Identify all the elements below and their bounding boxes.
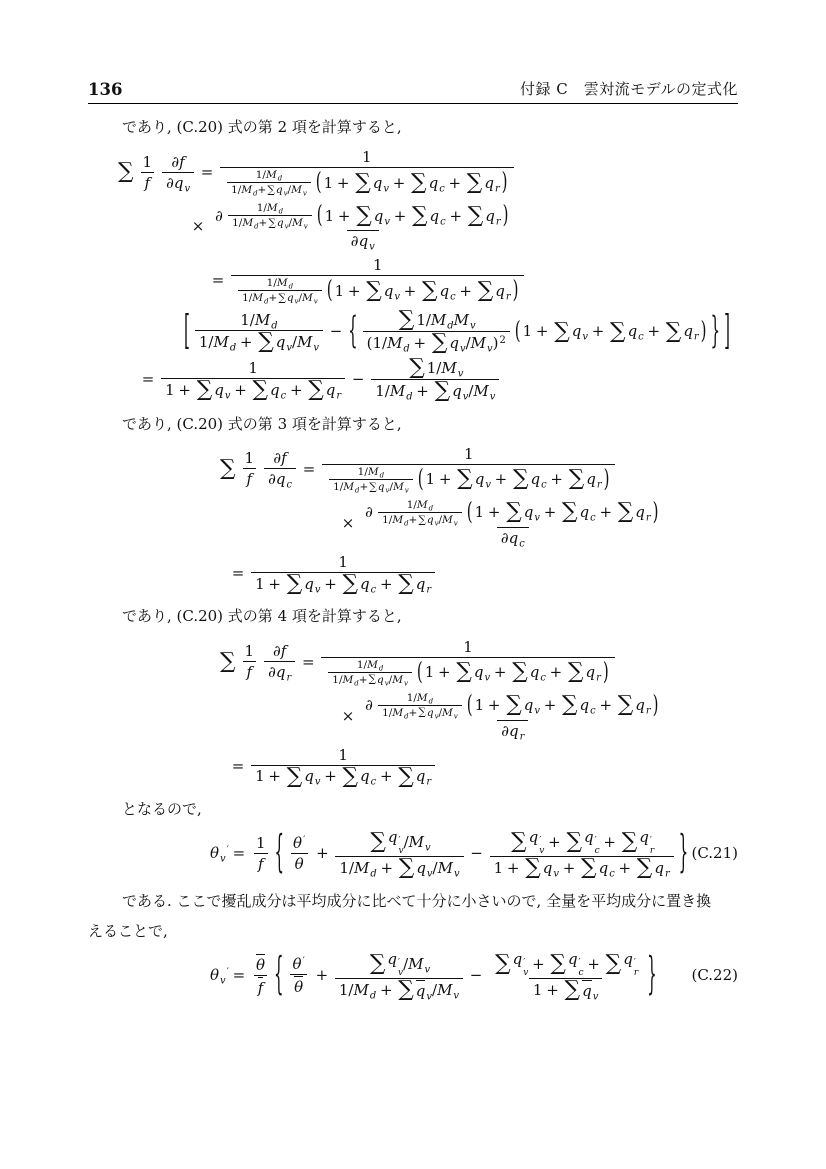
paragraph-term2: であり, (C.20) 式の第 2 項を計算すると,	[88, 114, 738, 140]
page-header: 136 付録 C 雲対流モデルの定式化	[88, 78, 738, 104]
equation-line: ∑1f∂f∂qr=11/Md1/Md+∑qv/Mv(1+∑qv+∑qc+∑qr)	[218, 638, 738, 686]
equation-line: =11+∑qv+∑qc+∑qr	[228, 746, 738, 787]
equation-c20-term3: ∑1f∂f∂qc=11/Md1/Md+∑qv/Mv(1+∑qv+∑qc+∑qr)…	[88, 445, 738, 594]
equation-c22: θv′=θf{θ′θ+∑q′v/Mv1/Md+∑qv/Mv−∑q′v+∑q′c+…	[210, 950, 738, 1000]
equation-line: =11+∑qv+∑qc+∑qr−∑1/Mv1/Md+∑qv/Mv	[138, 358, 738, 400]
paragraph-dearu-line2: えることで,	[88, 918, 738, 944]
equation-line: ×∂1/Md1/Md+∑qv/Mv(1+∑qv+∑qc+∑qr)∂qv	[188, 202, 738, 250]
equation-line: =11/Md1/Md+∑qv/Mv(1+∑qv+∑qc+∑qr)	[208, 256, 738, 304]
equation-line: θv′=1f{θ′θ+∑q′v/Mv1/Md+∑qv/Mv−∑q′v+∑q′c+…	[210, 828, 690, 877]
equation-line: ×∂1/Md1/Md+∑qv/Mv(1+∑qv+∑qc+∑qr)∂qc	[338, 499, 738, 547]
equation-line: ×∂1/Md1/Md+∑qv/Mv(1+∑qv+∑qc+∑qr)∂qr	[338, 692, 738, 740]
equation-line: ∑1f∂f∂qv=11/Md1/Md+∑qv/Mv(1+∑qv+∑qc+∑qr)	[116, 148, 738, 196]
equation-tag-c21: (C.21)	[691, 844, 738, 862]
equation-c21: θv′=1f{θ′θ+∑q′v/Mv1/Md+∑qv/Mv−∑q′v+∑q′c+…	[210, 828, 738, 877]
paragraph-tonaru: となるので,	[88, 796, 738, 822]
equation-line: θv′=θf{θ′θ+∑q′v/Mv1/Md+∑qv/Mv−∑q′v+∑q′c+…	[210, 950, 659, 1000]
document-page: 136 付録 C 雲対流モデルの定式化 であり, (C.20) 式の第 2 項を…	[0, 0, 826, 1000]
running-title: 付録 C 雲対流モデルの定式化	[520, 78, 738, 99]
paragraph-term4: であり, (C.20) 式の第 4 項を計算すると,	[88, 603, 738, 629]
equation-c20-term2: ∑1f∂f∂qv=11/Md1/Md+∑qv/Mv(1+∑qv+∑qc+∑qr)…	[88, 148, 738, 400]
equation-line: =11+∑qv+∑qc+∑qr	[228, 553, 738, 594]
page-number: 136	[88, 80, 122, 99]
paragraph-dearu-line1: である. ここで擾乱成分は平均成分に比べて十分に小さいので, 全量を平均成分に置…	[88, 888, 738, 914]
equation-c20-term4: ∑1f∂f∂qr=11/Md1/Md+∑qv/Mv(1+∑qv+∑qc+∑qr)…	[88, 638, 738, 787]
paragraph-term3: であり, (C.20) 式の第 3 項を計算すると,	[88, 411, 738, 437]
equation-line: ∑1f∂f∂qc=11/Md1/Md+∑qv/Mv(1+∑qv+∑qc+∑qr)	[218, 445, 738, 493]
equation-line: [1/Md1/Md+∑qv/Mv−{∑1/MdMv(1/Md+∑qv/Mv)2(…	[182, 310, 738, 352]
equation-tag-c22: (C.22)	[691, 966, 738, 984]
